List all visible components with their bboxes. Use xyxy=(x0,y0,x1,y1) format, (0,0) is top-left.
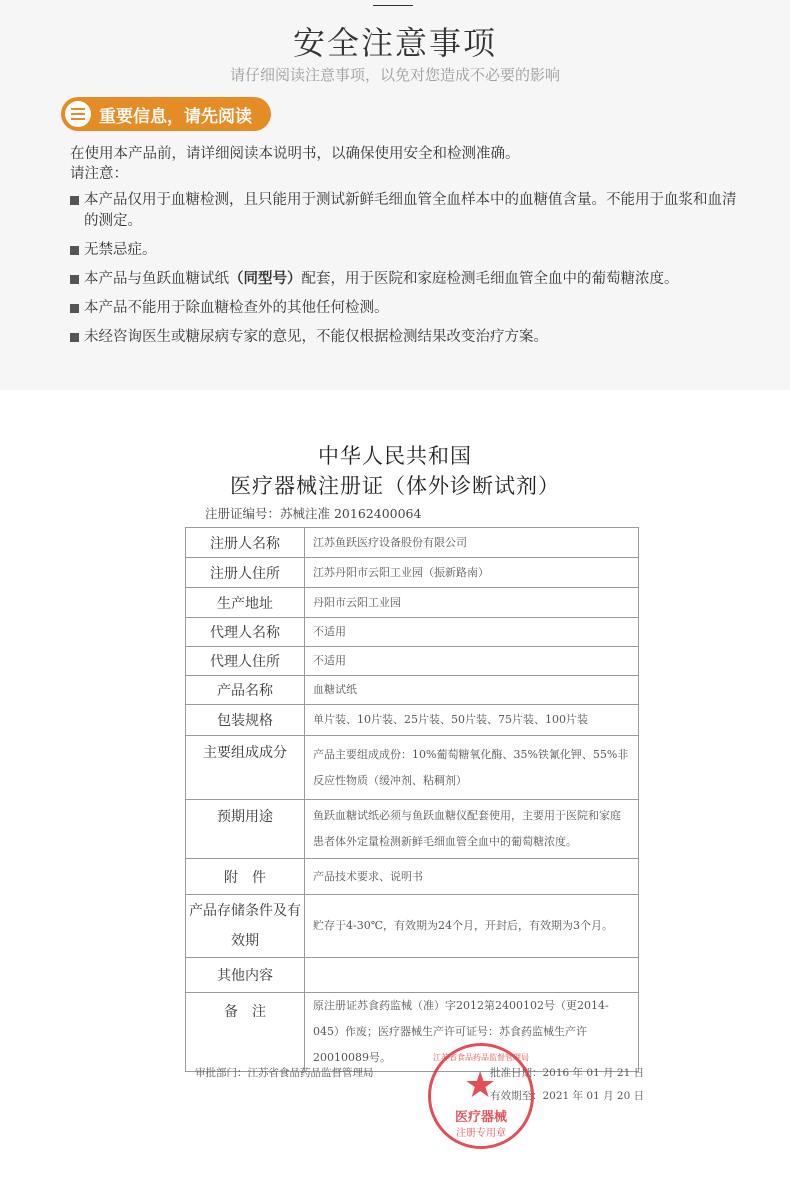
seal-center-text: 医疗器械 xyxy=(431,1106,531,1125)
intro-note-label: 请注意： xyxy=(70,164,520,184)
table-row: 产品名称血糖试纸 xyxy=(186,676,639,705)
list-icon xyxy=(65,101,91,127)
page-title: 安全注意事项 xyxy=(0,18,790,64)
registration-number: 注册证编号：苏械注准 20162400064 xyxy=(205,504,421,522)
page-subtitle: 请仔细阅读注意事项，以免对您造成不必要的影响 xyxy=(0,64,790,85)
table-row: 产品存储条件及有效期贮存于4-30℃，有效期为24个月，开封后，有效期为3个月。 xyxy=(186,895,639,958)
badge-label: 重要信息，请先阅读 xyxy=(99,102,252,127)
list-item: 本产品仅用于血糖检测，且只能用于测试新鲜毛细血管全血样本中的血糖值含量。不能用于… xyxy=(70,190,740,232)
table-row: 生产地址丹阳市云阳工业园 xyxy=(186,588,639,618)
list-item: 本产品不能用于除血糖检查外的其他任何检测。 xyxy=(70,298,740,319)
certificate-title-country: 中华人民共和国 xyxy=(0,440,790,470)
table-row: 备 注原注册证苏食药监械（准）字2012第2400102号（更2014-045）… xyxy=(186,993,639,1072)
certificate-table: 注册人名称江苏鱼跃医疗设备股份有限公司 注册人住所江苏丹阳市云阳工业园（振新路南… xyxy=(185,527,639,1072)
table-row: 附 件产品技术要求、说明书 xyxy=(186,859,639,895)
table-row: 代理人住所不适用 xyxy=(186,647,639,676)
table-row: 注册人住所江苏丹阳市云阳工业园（振新路南） xyxy=(186,558,639,588)
official-seal: 江苏省食品药品监督管理局 ★ 医疗器械 注册专用章 xyxy=(428,1043,534,1149)
certificate-title: 医疗器械注册证（体外诊断试剂） xyxy=(0,470,790,500)
approving-authority: 审批部门：江苏省食品药品监督管理局 xyxy=(195,1065,374,1080)
table-row: 主要组成成分产品主要组成成份：10%葡萄糖氧化酶、35%铁氰化钾、55%非反应性… xyxy=(186,736,639,800)
model-emphasis: （同型号） xyxy=(229,271,302,287)
star-icon: ★ xyxy=(464,1068,496,1104)
seal-bottom-text: 注册专用章 xyxy=(431,1124,531,1139)
safety-notice-section: 安全注意事项 请仔细阅读注意事项，以免对您造成不必要的影响 重要信息，请先阅读 … xyxy=(0,0,790,390)
table-row: 预期用途鱼跃血糖试纸必须与鱼跃血糖仪配套使用，主要用于医院和家庭患者体外定量检测… xyxy=(186,800,639,859)
table-row: 其他内容 xyxy=(186,958,639,993)
list-item: 未经咨询医生或糖尿病专家的意见，不能仅根据检测结果改变治疗方案。 xyxy=(70,327,740,348)
seal-ring-text: 江苏省食品药品监督管理局 xyxy=(431,1052,531,1063)
list-item: 本产品与鱼跃血糖试纸（同型号）配套，用于医院和家庭检测毛细血管全血中的葡萄糖浓度… xyxy=(70,269,740,290)
intro-line: 在使用本产品前，请详细阅读本说明书，以确保使用安全和检测准确。 xyxy=(70,144,520,164)
intro-text: 在使用本产品前，请详细阅读本说明书，以确保使用安全和检测准确。 请注意： xyxy=(70,144,520,184)
registration-certificate: 中华人民共和国 医疗器械注册证（体外诊断试剂） 注册证编号：苏械注准 20162… xyxy=(0,390,790,1181)
table-row: 注册人名称江苏鱼跃医疗设备股份有限公司 xyxy=(186,528,639,558)
list-item: 无禁忌症。 xyxy=(70,240,740,261)
table-row: 代理人名称不适用 xyxy=(186,618,639,647)
notice-list: 本产品仅用于血糖检测，且只能用于测试新鲜毛细血管全血样本中的血糖值含量。不能用于… xyxy=(70,190,740,356)
title-decoration-line xyxy=(373,5,413,6)
important-info-badge: 重要信息，请先阅读 xyxy=(61,97,271,131)
table-row: 包装规格单片装、10片装、25片装、50片装、75片装、100片装 xyxy=(186,705,639,736)
